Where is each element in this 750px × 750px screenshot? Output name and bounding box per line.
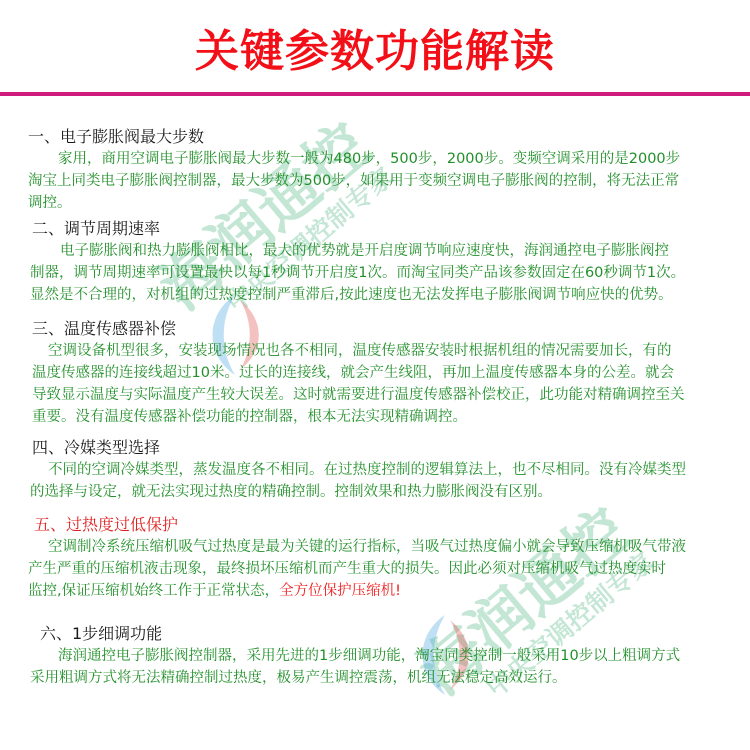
section-body: 海润通控电子膨胀阀控制器，采用先进的1步细调功能，淘宝同类控制一般采用10步以上… (0, 645, 750, 689)
section-heading: 三、温度传感器补偿 (0, 318, 750, 340)
section-fine-tuning: 六、1步细调功能 海润通控电子膨胀阀控制器，采用先进的1步细调功能，淘宝同类控制… (0, 623, 750, 689)
section-heading: 五、过热度过低保护 (0, 514, 750, 536)
section-sensor-compensation: 三、温度传感器补偿 空调设备机型很多，安装现场情况也各不相同，温度传感器安装时根… (0, 318, 750, 428)
section-body: 空调制冷系统压缩机吸气过热度是最为关键的运行指标，当吸气过热度偏小就会导致压缩机… (0, 536, 750, 602)
section-heading: 六、1步细调功能 (0, 623, 750, 645)
section-low-superheat-protection: 五、过热度过低保护 空调制冷系统压缩机吸气过热度是最为关键的运行指标，当吸气过热… (0, 514, 750, 602)
title-divider (0, 92, 750, 96)
page-title: 关键参数功能解读 (0, 22, 750, 82)
section-body: 电子膨胀阀和热力膨胀阀相比，最大的优势就是开启度调节响应速度快，海润通控电子膨胀… (0, 240, 750, 306)
section-heading: 二、调节周期速率 (0, 218, 750, 240)
section-heading: 一、电子膨胀阀最大步数 (0, 126, 750, 148)
section-body: 不同的空调冷媒类型，蒸发温度各不相同。在过热度控制的逻辑算法上，也不尽相同。没有… (0, 459, 750, 503)
section-cycle-rate: 二、调节周期速率 电子膨胀阀和热力膨胀阀相比，最大的优势就是开启度调节响应速度快… (0, 218, 750, 306)
highlight-text: 全方位保护压缩机! (279, 583, 401, 599)
section-body: 空调设备机型很多，安装现场情况也各不相同，温度传感器安装时根据机组的情况需要加长… (0, 340, 750, 428)
section-heading: 四、冷媒类型选择 (0, 437, 750, 459)
section-max-steps: 一、电子膨胀阀最大步数 家用，商用空调电子膨胀阀最大步数一般为480步，500步… (0, 126, 750, 214)
section-body: 家用，商用空调电子膨胀阀最大步数一般为480步，500步，2000步。变频空调采… (0, 148, 750, 214)
section-refrigerant-type: 四、冷媒类型选择 不同的空调冷媒类型，蒸发温度各不相同。在过热度控制的逻辑算法上… (0, 437, 750, 503)
